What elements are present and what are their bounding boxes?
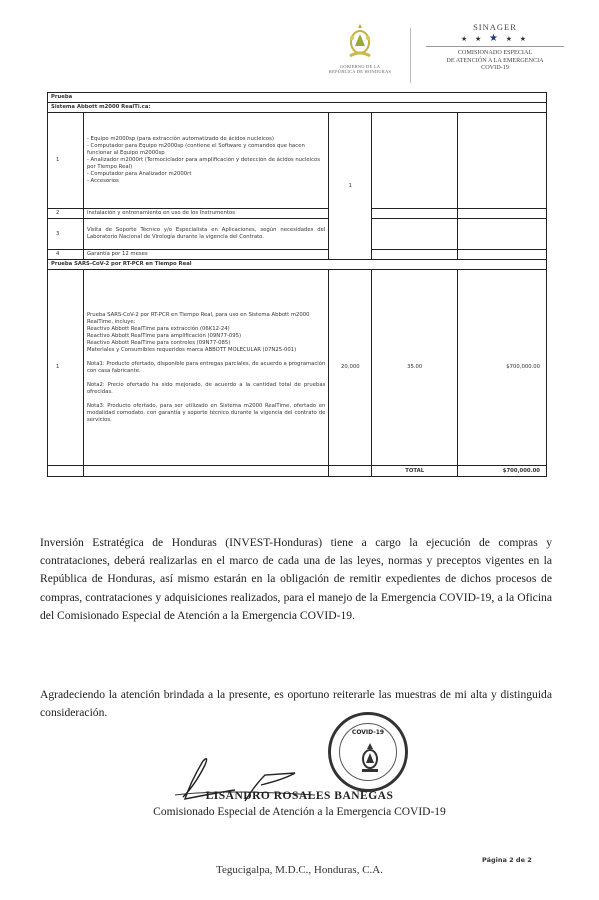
- table-row: 1 Prueba SARS-CoV-2 por RT-PCR en Tiempo…: [48, 270, 547, 466]
- org-divider: [426, 46, 564, 47]
- test-unit-price: 35.00: [372, 270, 458, 466]
- unit-price-cell: [372, 219, 458, 250]
- amount-cell: [458, 219, 547, 250]
- coat-of-arms-icon: [345, 22, 375, 62]
- org-name: SINAGER: [420, 22, 570, 32]
- government-logo: Gobierno de la República de Honduras: [320, 18, 400, 74]
- org-subtitle-3: COVID-19: [420, 64, 570, 72]
- section-subtitle: Sistema Abbott m2000 RealTi.ca:: [48, 103, 547, 113]
- table-row: 2 Instalación y entrenamiento en uso de …: [48, 209, 547, 219]
- letterhead: Gobierno de la República de Honduras SIN…: [320, 18, 570, 90]
- unit-price-cell: [372, 113, 458, 209]
- description-line: Reactivo Abbott RealTime para amplificac…: [87, 333, 325, 340]
- section-subheader-row: Sistema Abbott m2000 RealTi.ca:: [48, 103, 547, 113]
- row-description: Garantía por 12 meses: [83, 250, 328, 260]
- system-quantity: 1: [329, 113, 372, 260]
- page-number: Página 2 de 2: [482, 856, 532, 864]
- note-2: Nota2: Precio ofertado ha sido mejorado,…: [87, 382, 325, 396]
- row-number: 4: [48, 250, 84, 260]
- stars-icon: ★ ★ ★ ★ ★: [420, 33, 570, 44]
- unit-price-cell: [372, 250, 458, 260]
- row-number: 2: [48, 209, 84, 219]
- row-number: 3: [48, 219, 84, 250]
- empty-cell: [83, 466, 328, 477]
- table-row: 1 - Equipo m2000sp (para extracción auto…: [48, 113, 547, 209]
- table-row: 4 Garantía por 12 meses: [48, 250, 547, 260]
- footer-address: Tegucigalpa, M.D.C., Honduras, C.A.: [0, 864, 599, 876]
- unit-price-cell: [372, 209, 458, 219]
- section-title: Prueba: [48, 93, 547, 103]
- org-subtitle-2: de Atención a la Emergencia: [420, 57, 570, 65]
- official-stamp: COVID-19: [328, 712, 408, 792]
- row-description: Prueba SARS-CoV-2 por RT-PCR en Tiempo R…: [83, 270, 328, 466]
- header-divider: [410, 28, 411, 83]
- description-line: Materiales y Consumibles requeridos marc…: [87, 347, 325, 354]
- closing-paragraph: Agradeciendo la atención brindada a la p…: [40, 686, 552, 722]
- section-title: Prueba SARS-CoV-2 por RT-PCR en Tiempo R…: [48, 260, 547, 270]
- row-number: 1: [48, 113, 84, 209]
- amount-cell: [458, 113, 547, 209]
- empty-cell: [48, 466, 84, 477]
- quotation-table: Prueba Sistema Abbott m2000 RealTi.ca: 1…: [47, 92, 547, 477]
- stamp-emblem-icon: [359, 741, 381, 775]
- signer-name: LISANDRO ROSALES BANEGAS: [0, 790, 599, 802]
- test-amount: $700,000.00: [458, 270, 547, 466]
- description-line: - Equipo m2000sp (para extracción automa…: [87, 136, 325, 143]
- amount-cell: [458, 250, 547, 260]
- note-1: Nota1: Producto ofertado, disponible par…: [87, 361, 325, 375]
- note-3: Nota3: Producto ofertado, para ser utili…: [87, 403, 325, 424]
- description-line: - Computador para Analizador m2000rt: [87, 171, 325, 178]
- table-row: 3 Visita de Soporte Técnico y/o Especial…: [48, 219, 547, 250]
- row-number: 1: [48, 270, 84, 466]
- total-value: $700,000.00: [458, 466, 547, 477]
- signer-title: Comisionado Especial de Atención a la Em…: [0, 806, 599, 818]
- row-description: Visita de Soporte Técnico y/o Especialis…: [83, 219, 328, 250]
- amount-cell: [458, 209, 547, 219]
- total-label: TOTAL: [372, 466, 458, 477]
- description-line: - Computador para Equipo m2000sp (contie…: [87, 143, 325, 157]
- org-subtitle-1: Comisionado Especial: [420, 49, 570, 57]
- total-row: TOTAL $700,000.00: [48, 466, 547, 477]
- description-line: Prueba SARS-CoV-2 por RT-PCR en Tiempo R…: [87, 312, 325, 326]
- description-line: - Accesorios: [87, 178, 325, 185]
- body-paragraph-1: Inversión Estratégica de Honduras (INVES…: [40, 534, 552, 625]
- government-text-line2: República de Honduras: [320, 69, 400, 74]
- description-line: Reactivo Abbott RealTime para extracción…: [87, 326, 325, 333]
- description-line: Reactivo Abbott RealTime para controles …: [87, 340, 325, 347]
- empty-cell: [329, 466, 372, 477]
- section-header-row: Prueba: [48, 93, 547, 103]
- row-description: - Equipo m2000sp (para extracción automa…: [83, 113, 328, 209]
- section-header-row: Prueba SARS-CoV-2 por RT-PCR en Tiempo R…: [48, 260, 547, 270]
- test-quantity: 20,000: [329, 270, 372, 466]
- stamp-text: COVID-19: [331, 729, 405, 736]
- sinager-logo: SINAGER ★ ★ ★ ★ ★ Comisionado Especial d…: [420, 22, 570, 72]
- description-line: - Analizador m2000rt (Termociclador para…: [87, 157, 325, 171]
- row-description: Instalación y entrenamiento en uso de lo…: [83, 209, 328, 219]
